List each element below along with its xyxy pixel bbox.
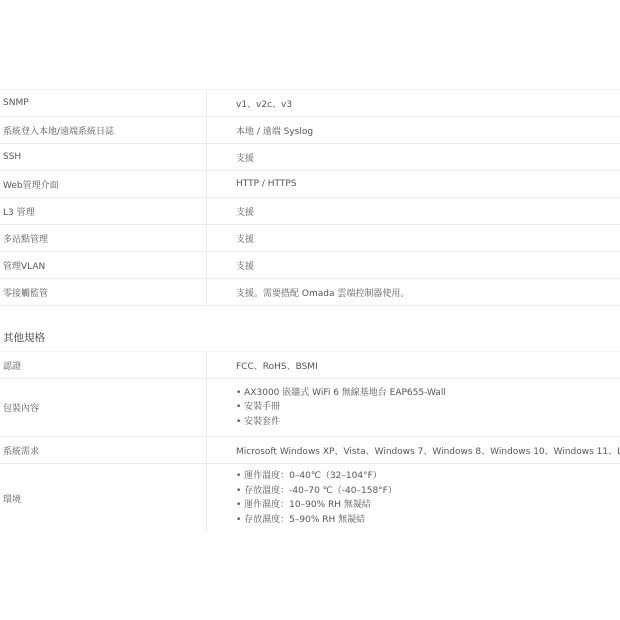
spec-row-multi-site: 多站點管理 支援 bbox=[0, 225, 620, 252]
spec-label: 系統登入本地/遠端系統日誌 bbox=[0, 117, 207, 143]
spec-row-management-vlan: 管理VLAN 支援 bbox=[0, 252, 620, 279]
spec-value: 支援 bbox=[207, 225, 620, 251]
spec-value: 支援。需要搭配 Omada 雲端控制器使用。 bbox=[207, 279, 620, 305]
spec-label: SSH bbox=[0, 144, 207, 170]
spec-value: v1、v2c、v3 bbox=[207, 90, 620, 116]
spec-value: 支援 bbox=[207, 144, 620, 170]
spec-value-list: 運作溫度：0–40℃（32–104°F） 存放溫度：-40–70 ℃（-40–1… bbox=[207, 464, 620, 532]
spec-label: 包裝內容 bbox=[0, 379, 207, 436]
spec-label: 多站點管理 bbox=[0, 225, 207, 251]
spec-row-environment: 環境 運作溫度：0–40℃（32–104°F） 存放溫度：-40–70 ℃（-4… bbox=[0, 464, 620, 532]
spec-label: Web管理介面 bbox=[0, 171, 207, 197]
spec-row-package-contents: 包裝內容 AX3000 嵌牆式 WiFi 6 無線基地台 EAP655-Wall… bbox=[0, 379, 620, 437]
spec-label: SNMP bbox=[0, 90, 207, 116]
spec-value: 支援 bbox=[207, 198, 620, 224]
spec-value: HTTP / HTTPS bbox=[207, 171, 620, 197]
spec-row-snmp: SNMP v1、v2c、v3 bbox=[0, 89, 620, 117]
spec-label: 系統需求 bbox=[0, 437, 207, 463]
spec-label: 認證 bbox=[0, 352, 207, 378]
list-item: 安裝手冊 bbox=[236, 400, 620, 415]
list-item: 存放濕度：5–90% RH 無凝結 bbox=[236, 513, 620, 528]
list-item: AX3000 嵌牆式 WiFi 6 無線基地台 EAP655-Wall bbox=[236, 386, 620, 401]
spec-row-syslog: 系統登入本地/遠端系統日誌 本地 / 遠端 Syslog bbox=[0, 117, 620, 144]
list-item: 運作溫度：0–40℃（32–104°F） bbox=[236, 469, 620, 484]
spec-value: 支援 bbox=[207, 252, 620, 278]
spec-label: 管理VLAN bbox=[0, 252, 207, 278]
spec-row-system-requirements: 系統需求 Microsoft Windows XP、Vista、Windows … bbox=[0, 437, 620, 464]
section-title-other-specs: 其他規格 bbox=[3, 330, 45, 345]
spec-row-l3-management: L3 管理 支援 bbox=[0, 198, 620, 225]
spec-value: Microsoft Windows XP、Vista、Windows 7、Win… bbox=[207, 437, 620, 463]
spec-row-web-management: Web管理介面 HTTP / HTTPS bbox=[0, 171, 620, 198]
spec-value: FCC、RoHS、BSMI bbox=[207, 352, 620, 378]
spec-label: L3 管理 bbox=[0, 198, 207, 224]
spec-value: 本地 / 遠端 Syslog bbox=[207, 117, 620, 143]
other-spec-table: 認證 FCC、RoHS、BSMI 包裝內容 AX3000 嵌牆式 WiFi 6 … bbox=[0, 351, 620, 532]
spec-row-zero-touch: 零接觸監管 支援。需要搭配 Omada 雲端控制器使用。 bbox=[0, 279, 620, 306]
spec-label: 零接觸監管 bbox=[0, 279, 207, 305]
spec-value-list: AX3000 嵌牆式 WiFi 6 無線基地台 EAP655-Wall 安裝手冊… bbox=[207, 379, 620, 436]
spec-row-ssh: SSH 支援 bbox=[0, 144, 620, 171]
spec-row-certification: 認證 FCC、RoHS、BSMI bbox=[0, 351, 620, 379]
spec-label: 環境 bbox=[0, 464, 207, 532]
list-item: 運作濕度：10–90% RH 無凝結 bbox=[236, 498, 620, 513]
management-spec-table: SNMP v1、v2c、v3 系統登入本地/遠端系統日誌 本地 / 遠端 Sys… bbox=[0, 89, 620, 306]
list-item: 存放溫度：-40–70 ℃（-40–158°F） bbox=[236, 484, 620, 499]
list-item: 安裝套件 bbox=[236, 415, 620, 430]
